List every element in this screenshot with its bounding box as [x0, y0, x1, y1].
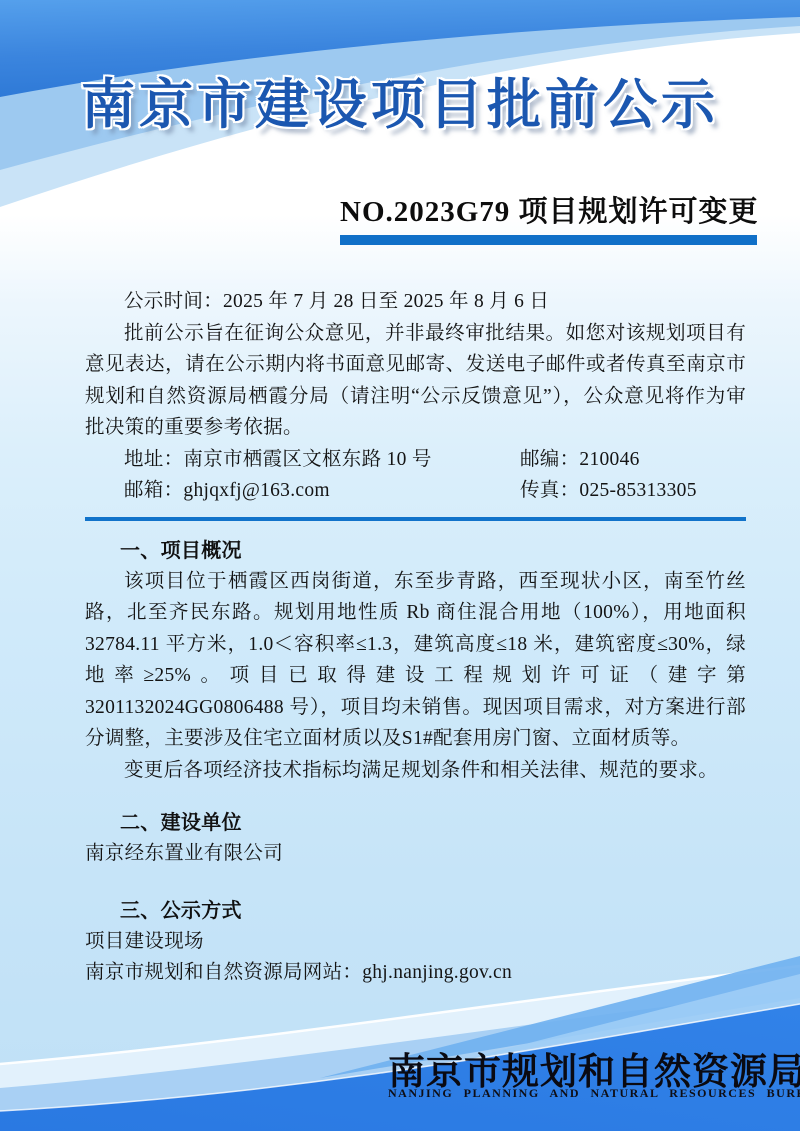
section-heading-builder: 二、建设单位 [85, 808, 746, 838]
fax-value: 传真：025-85313305 [520, 475, 746, 506]
bureau-name-en: NANJING PLANNING AND NATURAL RESOURCES B… [388, 1086, 760, 1101]
section-divider-rule [85, 517, 746, 521]
section-heading-publicity-method: 三、公示方式 [85, 896, 746, 926]
publicity-site: 项目建设现场 [85, 926, 746, 958]
page-title: 南京市建设项目批前公示 [0, 62, 800, 139]
subtitle-block: NO.2023G79 项目规划许可变更 [340, 189, 757, 245]
overview-paragraph: 该项目位于栖霞区西岗街道，东至步青路，西至现状小区，南至竹丝路，北至齐民东路。规… [85, 566, 746, 755]
contact-row-address: 地址：南京市栖霞区文枢东路 10 号 邮编：210046 [85, 444, 746, 475]
publicity-statement: 批前公示旨在征询公众意见，并非最终审批结果。如您对该规划项目有意见表达，请在公示… [85, 318, 746, 444]
section-heading-overview: 一、项目概况 [85, 536, 746, 566]
contact-row-email: 邮箱：ghjqxfj@163.com 传真：025-85313305 [85, 475, 746, 506]
publicity-period: 公示时间：2025 年 7 月 28 日至 2025 年 8 月 6 日 [85, 286, 746, 318]
builder-name: 南京经东置业有限公司 [85, 838, 746, 870]
email-value: 邮箱：ghjqxfj@163.com [85, 475, 520, 506]
header-swoosh-graphic [0, 0, 800, 300]
publicity-website: 南京市规划和自然资源局网站：ghj.nanjing.gov.cn [85, 957, 746, 989]
address-value: 地址：南京市栖霞区文枢东路 10 号 [85, 444, 520, 475]
notice-body: 公示时间：2025 年 7 月 28 日至 2025 年 8 月 6 日 批前公… [85, 286, 746, 989]
overview-conclusion: 变更后各项经济技术指标均满足规划条件和相关法律、规范的要求。 [85, 755, 746, 787]
subtitle-accent-bar [340, 235, 757, 245]
project-number-subtitle: NO.2023G79 项目规划许可变更 [340, 189, 757, 230]
postcode-value: 邮编：210046 [520, 444, 746, 475]
